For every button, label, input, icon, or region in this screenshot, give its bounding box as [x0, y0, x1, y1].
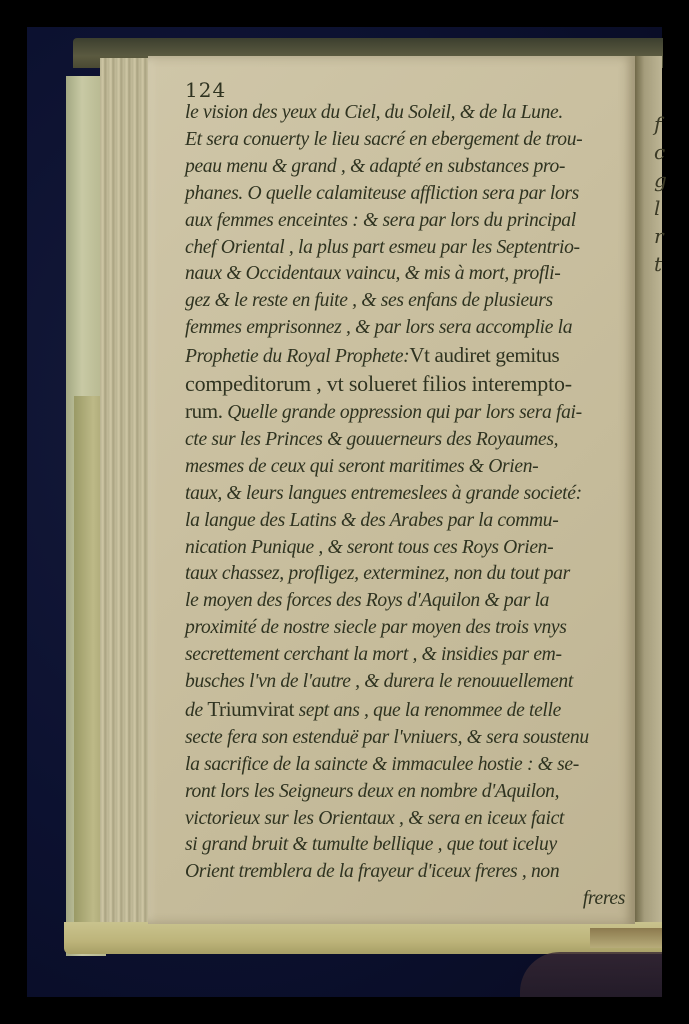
hand-shadow [520, 952, 662, 997]
italic-text: Quelle grande oppression qui par lors se… [223, 402, 582, 423]
text-line: la langue des Latins & des Arabes par la… [185, 508, 625, 535]
page-stack-edges [100, 58, 152, 924]
text-line: Orient tremblera de la frayeur d'iceux f… [185, 859, 625, 886]
text-line: nication Punique , & seront tous ces Roy… [185, 535, 625, 562]
text-line-latin: compeditorum , vt solueret filios intere… [185, 371, 625, 398]
roman-text: Triumvirat [203, 697, 294, 721]
text-line: peau menu & grand , & adapté en substanc… [185, 154, 625, 181]
latin-quote: Vt audiret gemitus [409, 343, 559, 367]
text-line: le vision des yeux du Ciel, du Soleil, &… [185, 100, 625, 127]
text-line: naux & Occidentaux vaincu, & mis à mort,… [185, 261, 625, 288]
text-line-mixed: rum. Quelle grande oppression qui par lo… [185, 398, 625, 427]
book-cover-bottom-edge [64, 922, 662, 954]
facing-letter: t [654, 250, 664, 278]
text-line: si grand bruit & tumulte bellique , que … [185, 832, 625, 859]
page-text: 124 le vision des yeux du Ciel, du Solei… [185, 80, 625, 913]
facing-page-fragment: f c g l r t [654, 110, 664, 278]
page-number: 124 [185, 80, 625, 100]
facing-letter: g [654, 166, 664, 194]
latin-quote: rum. [185, 399, 223, 423]
text-line: phanes. O quelle calamiteuse affliction … [185, 181, 625, 208]
facing-letter: l [654, 194, 664, 222]
text-line: chef Oriental , la plus part esmeu par l… [185, 235, 625, 262]
text-line: taux, & leurs langues entremeslees à gra… [185, 481, 625, 508]
text-line: taux chassez, profligez, exterminez, non… [185, 561, 625, 588]
text-line: la sacrifice de la saincte & immaculee h… [185, 752, 625, 779]
text-line-mixed: de Triumvirat sept ans , que la renommee… [185, 696, 625, 725]
text-line: mesmes de ceux qui seront maritimes & Or… [185, 454, 625, 481]
text-line: proximité de nostre siecle par moyen des… [185, 615, 625, 642]
catchword: freres [185, 886, 625, 913]
italic-text: sept ans , que la renommee de telle [294, 700, 561, 721]
facing-letter: f [654, 110, 664, 138]
text-line: victorieux sur les Orientaux , & sera en… [185, 806, 625, 833]
text-line: secrettement cerchant la mort , & insidi… [185, 642, 625, 669]
italic-text: Prophetie du Royal Prophete: [185, 346, 409, 367]
text-line: aux femmes enceintes : & sera par lors d… [185, 208, 625, 235]
italic-text: de [185, 700, 203, 721]
facing-letter: c [654, 138, 664, 166]
text-line: gez & le reste en fuite , & ses enfans d… [185, 288, 625, 315]
text-line: busches l'vn de l'autre , & durera le re… [185, 669, 625, 696]
text-line: femmes emprisonnez , & par lors sera acc… [185, 315, 625, 342]
text-line: Et sera conuerty le lieu sacré en eberge… [185, 127, 625, 154]
text-line: cte sur les Princes & gouuerneurs des Ro… [185, 427, 625, 454]
text-line-mixed: Prophetie du Royal Prophete:Vt audiret g… [185, 342, 625, 371]
facing-letter: r [654, 222, 664, 250]
text-line: ront lors les Seigneurs deux en nombre d… [185, 779, 625, 806]
text-line: le moyen des forces des Roys d'Aquilon &… [185, 588, 625, 615]
book-cover-worn-corner [590, 928, 662, 948]
text-line: secte fera son estenduë par l'vniuers, &… [185, 725, 625, 752]
